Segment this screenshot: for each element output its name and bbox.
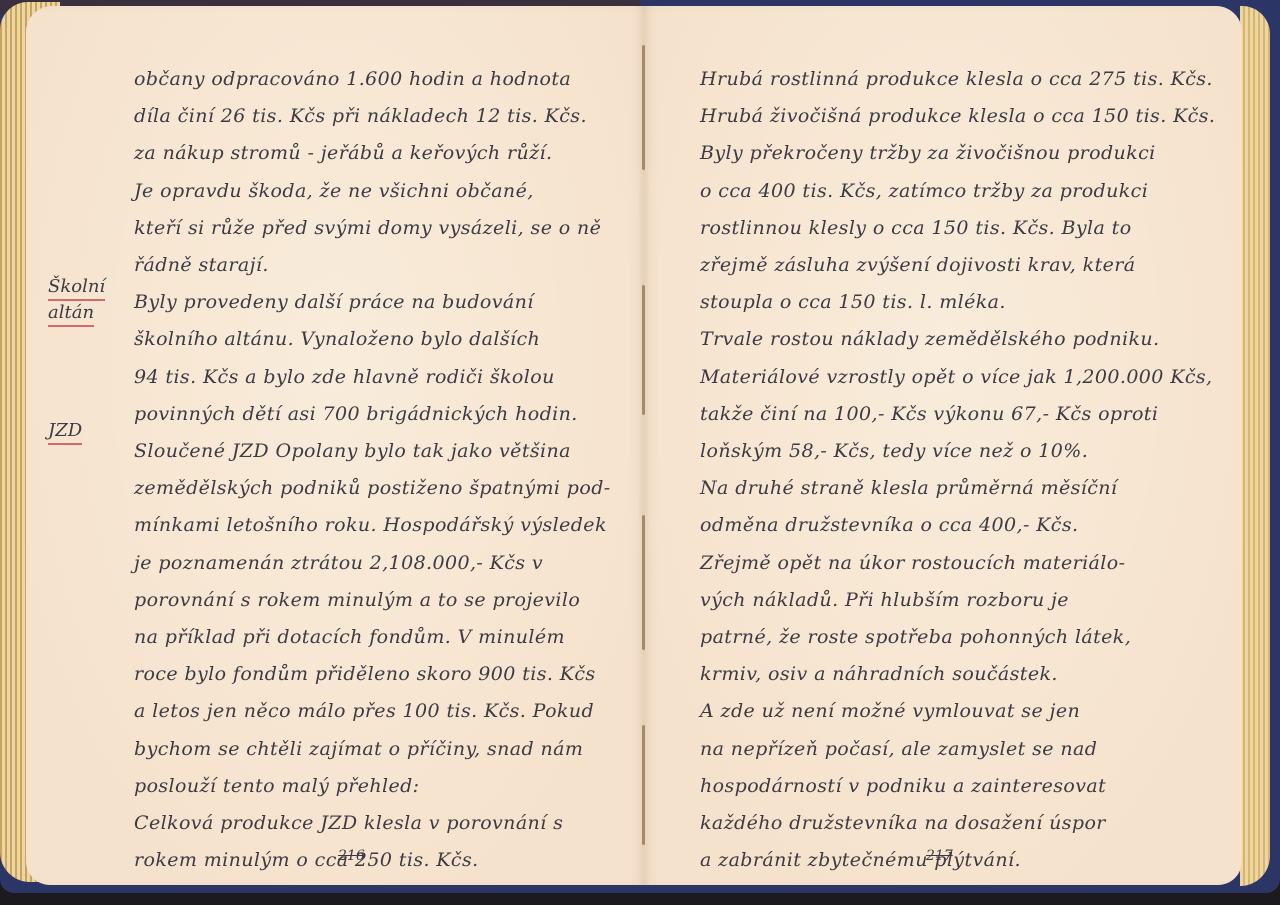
handwritten-line: rostlinnou klesly o cca 150 tis. Kčs. By…	[700, 217, 1132, 239]
handwritten-line: Na druhé straně klesla průměrná měsíční	[700, 477, 1117, 499]
handwritten-line: Byly překročeny tržby za živočišnou prod…	[700, 142, 1156, 164]
page-number-right: 217	[926, 848, 953, 864]
handwritten-line: krmiv, osiv a náhradních součástek.	[700, 663, 1058, 685]
handwritten-line: roce bylo fondům přiděleno skoro 900 tis…	[134, 663, 596, 685]
handwritten-line: Celková produkce JZD klesla v porovnání …	[134, 812, 563, 834]
handwritten-line: bychom se chtěli zajímat o příčiny, snad…	[134, 738, 583, 760]
binding-stitch	[642, 725, 645, 845]
handwritten-line: zemědělských podniků postiženo špatnými …	[134, 477, 611, 499]
handwritten-line: hospodárností v podniku a zainteresovat	[700, 775, 1106, 797]
handwritten-line: vých nákladů. Při hlubším rozboru je	[700, 589, 1069, 611]
handwritten-line: Sloučené JZD Opolany bylo tak jako větši…	[134, 440, 571, 462]
binding-stitch	[642, 515, 645, 650]
right-page: Hrubá rostlinná produkce klesla o cca 27…	[644, 6, 1242, 885]
handwritten-line: zřejmě zásluha zvýšení dojivosti krav, k…	[700, 254, 1136, 276]
handwritten-line: A zde už není možné vymlouvat se jen	[700, 700, 1080, 722]
handwritten-line: povinných dětí asi 700 brigádnických hod…	[134, 403, 578, 425]
handwritten-line: Zřejmě opět na úkor rostoucích materiálo…	[700, 552, 1125, 574]
handwritten-line: rokem minulým o cca 250 tis. Kčs.	[134, 849, 479, 871]
handwritten-line: je poznamenán ztrátou 2,108.000,- Kčs v	[134, 552, 543, 574]
handwritten-line: a letos jen něco málo přes 100 tis. Kčs.…	[134, 700, 594, 722]
handwritten-line: 94 tis. Kčs a bylo zde hlavně rodiči ško…	[134, 366, 555, 388]
handwritten-line: každého družstevníka na dosažení úspor	[700, 812, 1106, 834]
handwritten-line: na nepřízeň počasí, ale zamyslet se nad	[700, 738, 1097, 760]
handwritten-line: Trvale rostou náklady zemědělského podni…	[700, 328, 1160, 350]
handwritten-line: odměna družstevníka o cca 400,- Kčs.	[700, 514, 1078, 536]
handwritten-line: Materiálové vzrostly opět o více jak 1,2…	[700, 366, 1212, 388]
page-number-left: 216	[338, 848, 365, 864]
handwritten-line: Hrubá živočišná produkce klesla o cca 15…	[700, 105, 1215, 127]
handwritten-line: Je opravdu škoda, že ne všichni občané,	[134, 180, 534, 202]
handwritten-line: o cca 400 tis. Kčs, zatímco tržby za pro…	[700, 180, 1148, 202]
binding-stitch	[642, 45, 645, 170]
handwritten-line: díla činí 26 tis. Kčs při nákladech 12 t…	[134, 105, 587, 127]
handwritten-line: řádně starají.	[134, 254, 269, 276]
handwritten-line: loňským 58,- Kčs, tedy více než o 10%.	[700, 440, 1088, 462]
handwritten-line: patrné, že roste spotřeba pohonných láte…	[700, 626, 1131, 648]
handwritten-line: a zabránit zbytečnému plýtvání.	[700, 849, 1021, 871]
margin-note: JZD	[48, 420, 82, 445]
handwritten-line: porovnání s rokem minulým a to se projev…	[134, 589, 580, 611]
binding-stitch	[642, 285, 645, 415]
handwritten-line: poslouží tento malý přehled:	[134, 775, 419, 797]
handwritten-line: takže činí na 100,- Kčs výkonu 67,- Kčs …	[700, 403, 1158, 425]
handwritten-line: Byly provedeny další práce na budování	[134, 291, 534, 313]
handwritten-line: za nákup stromů - jeřábů a keřových růží…	[134, 142, 552, 164]
left-page: občany odpracováno 1.600 hodin a hodnota…	[26, 6, 644, 885]
handwritten-line: na příklad při dotacích fondům. V minulé…	[134, 626, 565, 648]
right-page-edges	[1240, 6, 1270, 886]
handwritten-line: kteří si růže před svými domy vysázeli, …	[134, 217, 601, 239]
margin-note: Školní	[48, 276, 105, 301]
margin-note: altán	[48, 302, 94, 327]
handwritten-line: školního altánu. Vynaloženo bylo dalších	[134, 328, 540, 350]
handwritten-line: Hrubá rostlinná produkce klesla o cca 27…	[700, 68, 1213, 90]
handwritten-line: mínkami letošního roku. Hospodářský výsl…	[134, 514, 607, 536]
handwritten-line: občany odpracováno 1.600 hodin a hodnota	[134, 68, 571, 90]
handwritten-line: stoupla o cca 150 tis. l. mléka.	[700, 291, 1006, 313]
